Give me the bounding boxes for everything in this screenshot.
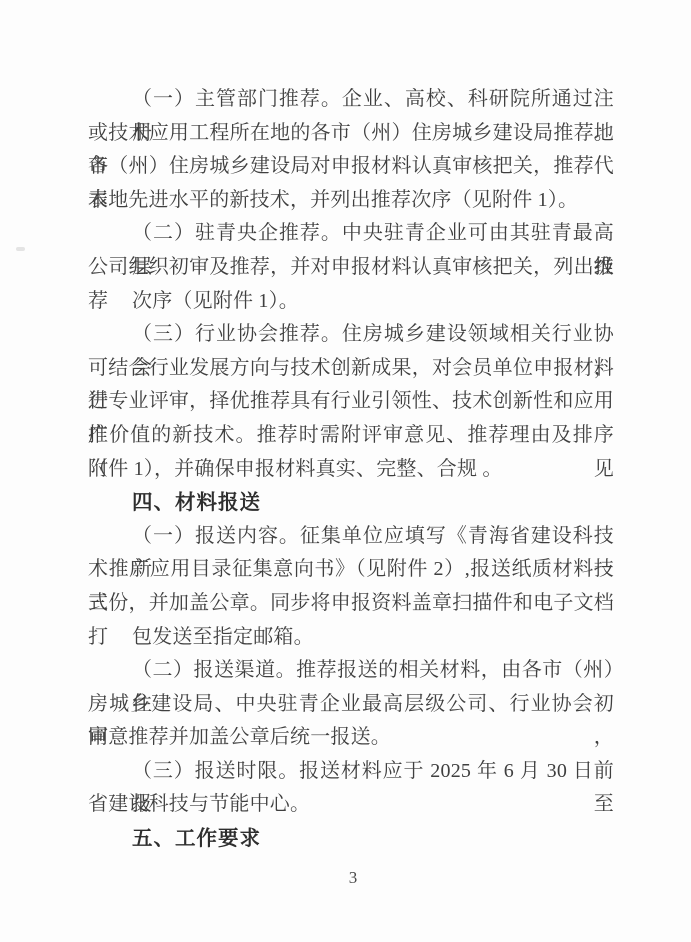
document-body: （一）主管部门推荐。企业、高校、科研院所通过注册地 或技术应用工程所在地的各市（… <box>88 83 614 856</box>
doc-line: （二）报送渠道。推荐报送的相关材料，由各市（州）住 <box>88 654 614 688</box>
doc-line: （一）报送内容。征集单位应填写《青海省建设科技新技 <box>88 520 614 554</box>
doc-line: 术推广应用目录征集意向书》（见附件 2）,报送纸质材料一式 <box>88 553 614 587</box>
doc-line: 广价值的新技术。推荐时需附评审意见、推荐理由及排序（见 <box>88 419 614 453</box>
doc-line: 或技术应用工程所在地的各市（州）住房城乡建设局推荐。各 <box>88 117 614 151</box>
scan-artifact-speck <box>16 247 25 251</box>
page-number: 3 <box>0 868 691 888</box>
document-page: （一）主管部门推荐。企业、高校、科研院所通过注册地 或技术应用工程所在地的各市（… <box>0 0 691 942</box>
doc-line: 次序（见附件 1）。 <box>88 285 614 319</box>
doc-line: （一）主管部门推荐。企业、高校、科研院所通过注册地 <box>88 83 614 117</box>
section-heading-materials-submission: 四、材料报送 <box>88 486 614 520</box>
doc-line: （三）行业协会推荐。住房城乡建设领域相关行业协会， <box>88 318 614 352</box>
doc-line: 包发送至指定邮箱。 <box>88 621 614 655</box>
doc-line: 本地先进水平的新技术，并列出推荐次序（见附件 1）。 <box>88 184 614 218</box>
doc-line: 房城乡建设局、中央驻青企业最高层级公司、行业协会初审， <box>88 688 614 722</box>
doc-line: 可结合行业发展方向与技术创新成果，对会员单位申报材料进 <box>88 352 614 386</box>
doc-line: （二）驻青央企推荐。中央驻青企业可由其驻青最高层级 <box>88 217 614 251</box>
doc-line: 三份，并加盖公章。同步将申报资料盖章扫描件和电子文档打 <box>88 587 614 621</box>
doc-line: 市（州）住房城乡建设局对申报材料认真审核把关，推荐代表 <box>88 150 614 184</box>
doc-line: （三）报送时限。报送材料应于 2025 年 6 月 30 日前报至 <box>88 755 614 789</box>
doc-line: 公司组织初审及推荐，并对申报材料认真审核把关，列出推荐 <box>88 251 614 285</box>
doc-line: 行专业评审，择优推荐具有行业引领性、技术创新性和应用推 <box>88 385 614 419</box>
section-heading-work-requirements: 五、工作要求 <box>88 822 614 856</box>
